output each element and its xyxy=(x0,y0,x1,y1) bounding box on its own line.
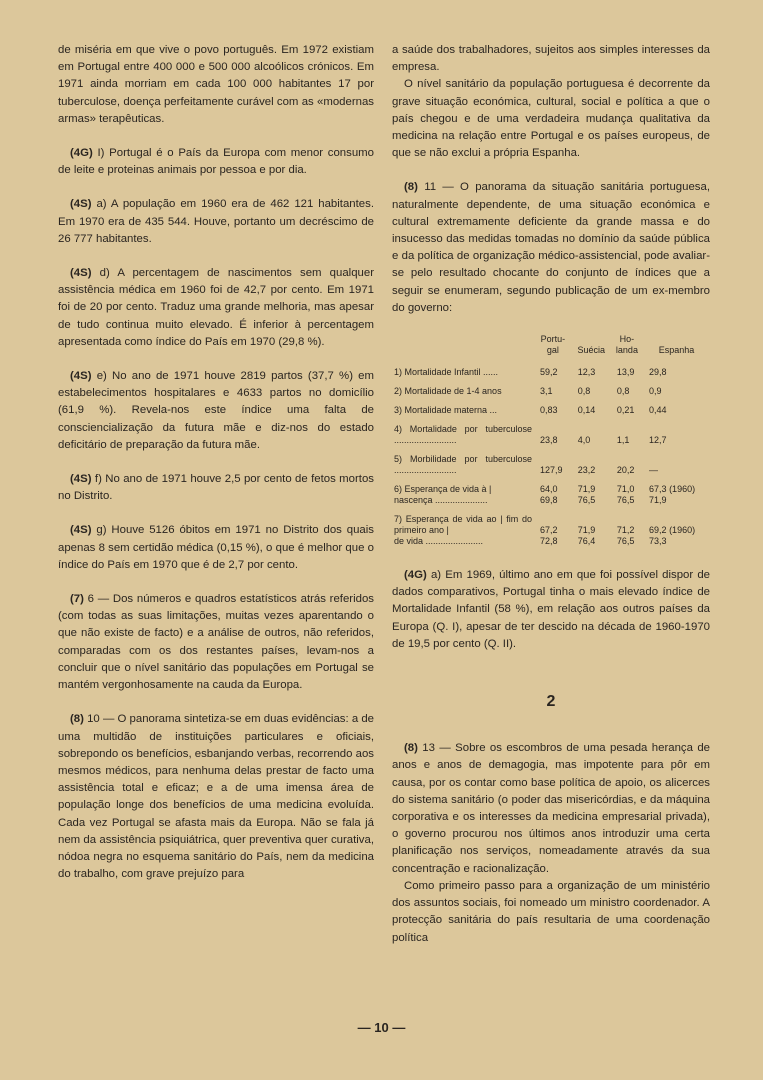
paragraph-tag: (8) xyxy=(404,181,418,193)
paragraph-text: f) No ano de 1971 houve 2,5 por cento de… xyxy=(58,473,374,502)
row-label: 7) Esperança de vida ao | fim do primeir… xyxy=(392,506,534,536)
paragraph-continuation: a saúde dos trabalhadores, sujeitos aos … xyxy=(392,42,710,76)
table-row: 1) Mortalidade Infantil ......59,212,313… xyxy=(392,359,710,378)
table-row: 7) Esperança de vida ao | fim do primeir… xyxy=(392,506,710,536)
table-cell: 0,14 xyxy=(572,397,611,416)
table-cell: — xyxy=(643,446,710,476)
table-cell: 69,2 (1960) xyxy=(643,506,710,536)
row-label: 2) Mortalidade de 1-4 anos xyxy=(392,378,534,397)
paragraph-text: 13 — Sobre os escombros de uma pesada he… xyxy=(392,742,710,874)
right-column: a saúde dos trabalhadores, sujeitos aos … xyxy=(392,42,710,947)
paragraph-text: 10 — O panorama sintetiza-se em duas evi… xyxy=(58,713,374,880)
table-cell: 23,8 xyxy=(534,416,572,446)
paragraph-text: e) No ano de 1971 houve 2819 partos (37,… xyxy=(58,370,374,451)
paragraph-continuation: de miséria em que vive o povo português.… xyxy=(58,42,374,128)
row-label: 6) Esperança de vida à | xyxy=(392,476,534,495)
paragraph-text: d) A percentagem de nascimentos sem qual… xyxy=(58,267,374,348)
paragraph-text: 6 — Dos números e quadros estatísticos a… xyxy=(58,593,374,691)
table-cell: 0,44 xyxy=(643,397,710,416)
left-column: de miséria em que vive o povo português.… xyxy=(58,42,374,883)
table-cell: 71,9 xyxy=(643,495,710,506)
table-cell: 71,9 xyxy=(572,506,611,536)
paragraph-tag: (4G) xyxy=(404,569,427,581)
table-cell: 71,0 xyxy=(611,476,643,495)
table-cell: 67,3 (1960) xyxy=(643,476,710,495)
table-row: 6) Esperança de vida à |64,071,971,067,3… xyxy=(392,476,710,495)
row-label: 4) Mortalidade por tuberculose .........… xyxy=(392,416,534,446)
paragraph-tag: (4S) xyxy=(70,473,92,485)
table-cell: 76,5 xyxy=(611,536,643,547)
table-cell: 71,9 xyxy=(572,476,611,495)
paragraph-tag: (4S) xyxy=(70,267,92,279)
table-cell: 0,8 xyxy=(572,378,611,397)
paragraph-tag: (7) xyxy=(70,593,84,605)
table-row: de vida .......................72,876,47… xyxy=(392,536,710,547)
table-cell: 73,3 xyxy=(643,536,710,547)
section-number: 2 xyxy=(392,693,710,710)
table-cell: 64,0 xyxy=(534,476,572,495)
paragraph-4g-i: (4G) I) Portugal é o País da Europa com … xyxy=(58,145,374,179)
paragraph-text: a) Em 1969, último ano em que foi possív… xyxy=(392,569,710,650)
paragraph-8-11: (8) 11 — O panorama da situação sanitári… xyxy=(392,179,710,317)
table-row: 5) Morbilidade por tuberculose .........… xyxy=(392,446,710,476)
row-label: 1) Mortalidade Infantil ...... xyxy=(392,359,534,378)
table-cell: 69,8 xyxy=(534,495,572,506)
table-cell: 0,9 xyxy=(643,378,710,397)
table-cell: 23,2 xyxy=(572,446,611,476)
table-cell: 127,9 xyxy=(534,446,572,476)
paragraph-4s-a: (4S) a) A população em 1960 era de 462 1… xyxy=(58,196,374,248)
table-cell: 76,5 xyxy=(572,495,611,506)
table-cell: 76,4 xyxy=(572,536,611,547)
paragraph-text: I) Portugal é o País da Europa com menor… xyxy=(58,147,374,176)
paragraph-8-13: (8) 13 — Sobre os escombros de uma pesad… xyxy=(392,740,710,878)
paragraph-tag: (4S) xyxy=(70,524,92,536)
paragraph-7-6: (7) 6 — Dos números e quadros estatístic… xyxy=(58,591,374,694)
paragraph-tag: (8) xyxy=(404,742,418,754)
table-cell: 12,7 xyxy=(643,416,710,446)
table-cell: 13,9 xyxy=(611,359,643,378)
table-cell: 0,8 xyxy=(611,378,643,397)
row-label: de vida ....................... xyxy=(392,536,534,547)
table-cell: 67,2 xyxy=(534,506,572,536)
paragraph-8-10: (8) 10 — O panorama sintetiza-se em duas… xyxy=(58,711,374,883)
paragraph-nivel-sanitario: O nível sanitário da população portugues… xyxy=(392,76,710,162)
row-label: nascença ..................... xyxy=(392,495,534,506)
column-header: Suécia xyxy=(572,334,611,359)
table-cell: 0,21 xyxy=(611,397,643,416)
paragraph-tag: (4G) xyxy=(70,147,93,159)
table-row: 4) Mortalidade por tuberculose .........… xyxy=(392,416,710,446)
table-row: 2) Mortalidade de 1-4 anos3,10,80,80,9 xyxy=(392,378,710,397)
table-cell: 3,1 xyxy=(534,378,572,397)
paragraph-tag: (4S) xyxy=(70,370,92,382)
paragraph-primeiro-passo: Como primeiro passo para a organização d… xyxy=(392,878,710,947)
row-label: 3) Mortalidade materna ... xyxy=(392,397,534,416)
table-header-row: Portu-galSuéciaHo-landaEspanha xyxy=(392,334,710,359)
table-cell: 12,3 xyxy=(572,359,611,378)
table-cell: 0,83 xyxy=(534,397,572,416)
column-header: Espanha xyxy=(643,334,710,359)
health-indices-table: Portu-galSuéciaHo-landaEspanha 1) Mortal… xyxy=(392,334,710,547)
paragraph-4s-g: (4S) g) Houve 5126 óbitos em 1971 no Dis… xyxy=(58,522,374,574)
table-cell: 72,8 xyxy=(534,536,572,547)
paragraph-4s-e: (4S) e) No ano de 1971 houve 2819 partos… xyxy=(58,368,374,454)
table-cell: 29,8 xyxy=(643,359,710,378)
table-row: nascença .....................69,876,576… xyxy=(392,495,710,506)
column-header: Ho-landa xyxy=(611,334,643,359)
paragraph-text: g) Houve 5126 óbitos em 1971 no Distrito… xyxy=(58,524,374,570)
paragraph-text: 11 — O panorama da situação sanitária po… xyxy=(392,181,710,313)
column-header: Portu-gal xyxy=(534,334,572,359)
paragraph-4s-f: (4S) f) No ano de 1971 houve 2,5 por cen… xyxy=(58,471,374,505)
page-number: — 10 — xyxy=(0,1020,763,1035)
paragraph-4s-d: (4S) d) A percentagem de nascimentos sem… xyxy=(58,265,374,351)
table-cell: 4,0 xyxy=(572,416,611,446)
table-cell: 76,5 xyxy=(611,495,643,506)
table-cell: 59,2 xyxy=(534,359,572,378)
table-cell: 20,2 xyxy=(611,446,643,476)
table-cell: 71,2 xyxy=(611,506,643,536)
paragraph-tag: (8) xyxy=(70,713,84,725)
column-header-label xyxy=(392,334,534,359)
paragraph-4g-a: (4G) a) Em 1969, último ano em que foi p… xyxy=(392,567,710,653)
table-row: 3) Mortalidade materna ...0,830,140,210,… xyxy=(392,397,710,416)
paragraph-tag: (4S) xyxy=(70,198,92,210)
paragraph-text: a) A população em 1960 era de 462 121 ha… xyxy=(58,198,374,244)
row-label: 5) Morbilidade por tuberculose .........… xyxy=(392,446,534,476)
table-cell: 1,1 xyxy=(611,416,643,446)
